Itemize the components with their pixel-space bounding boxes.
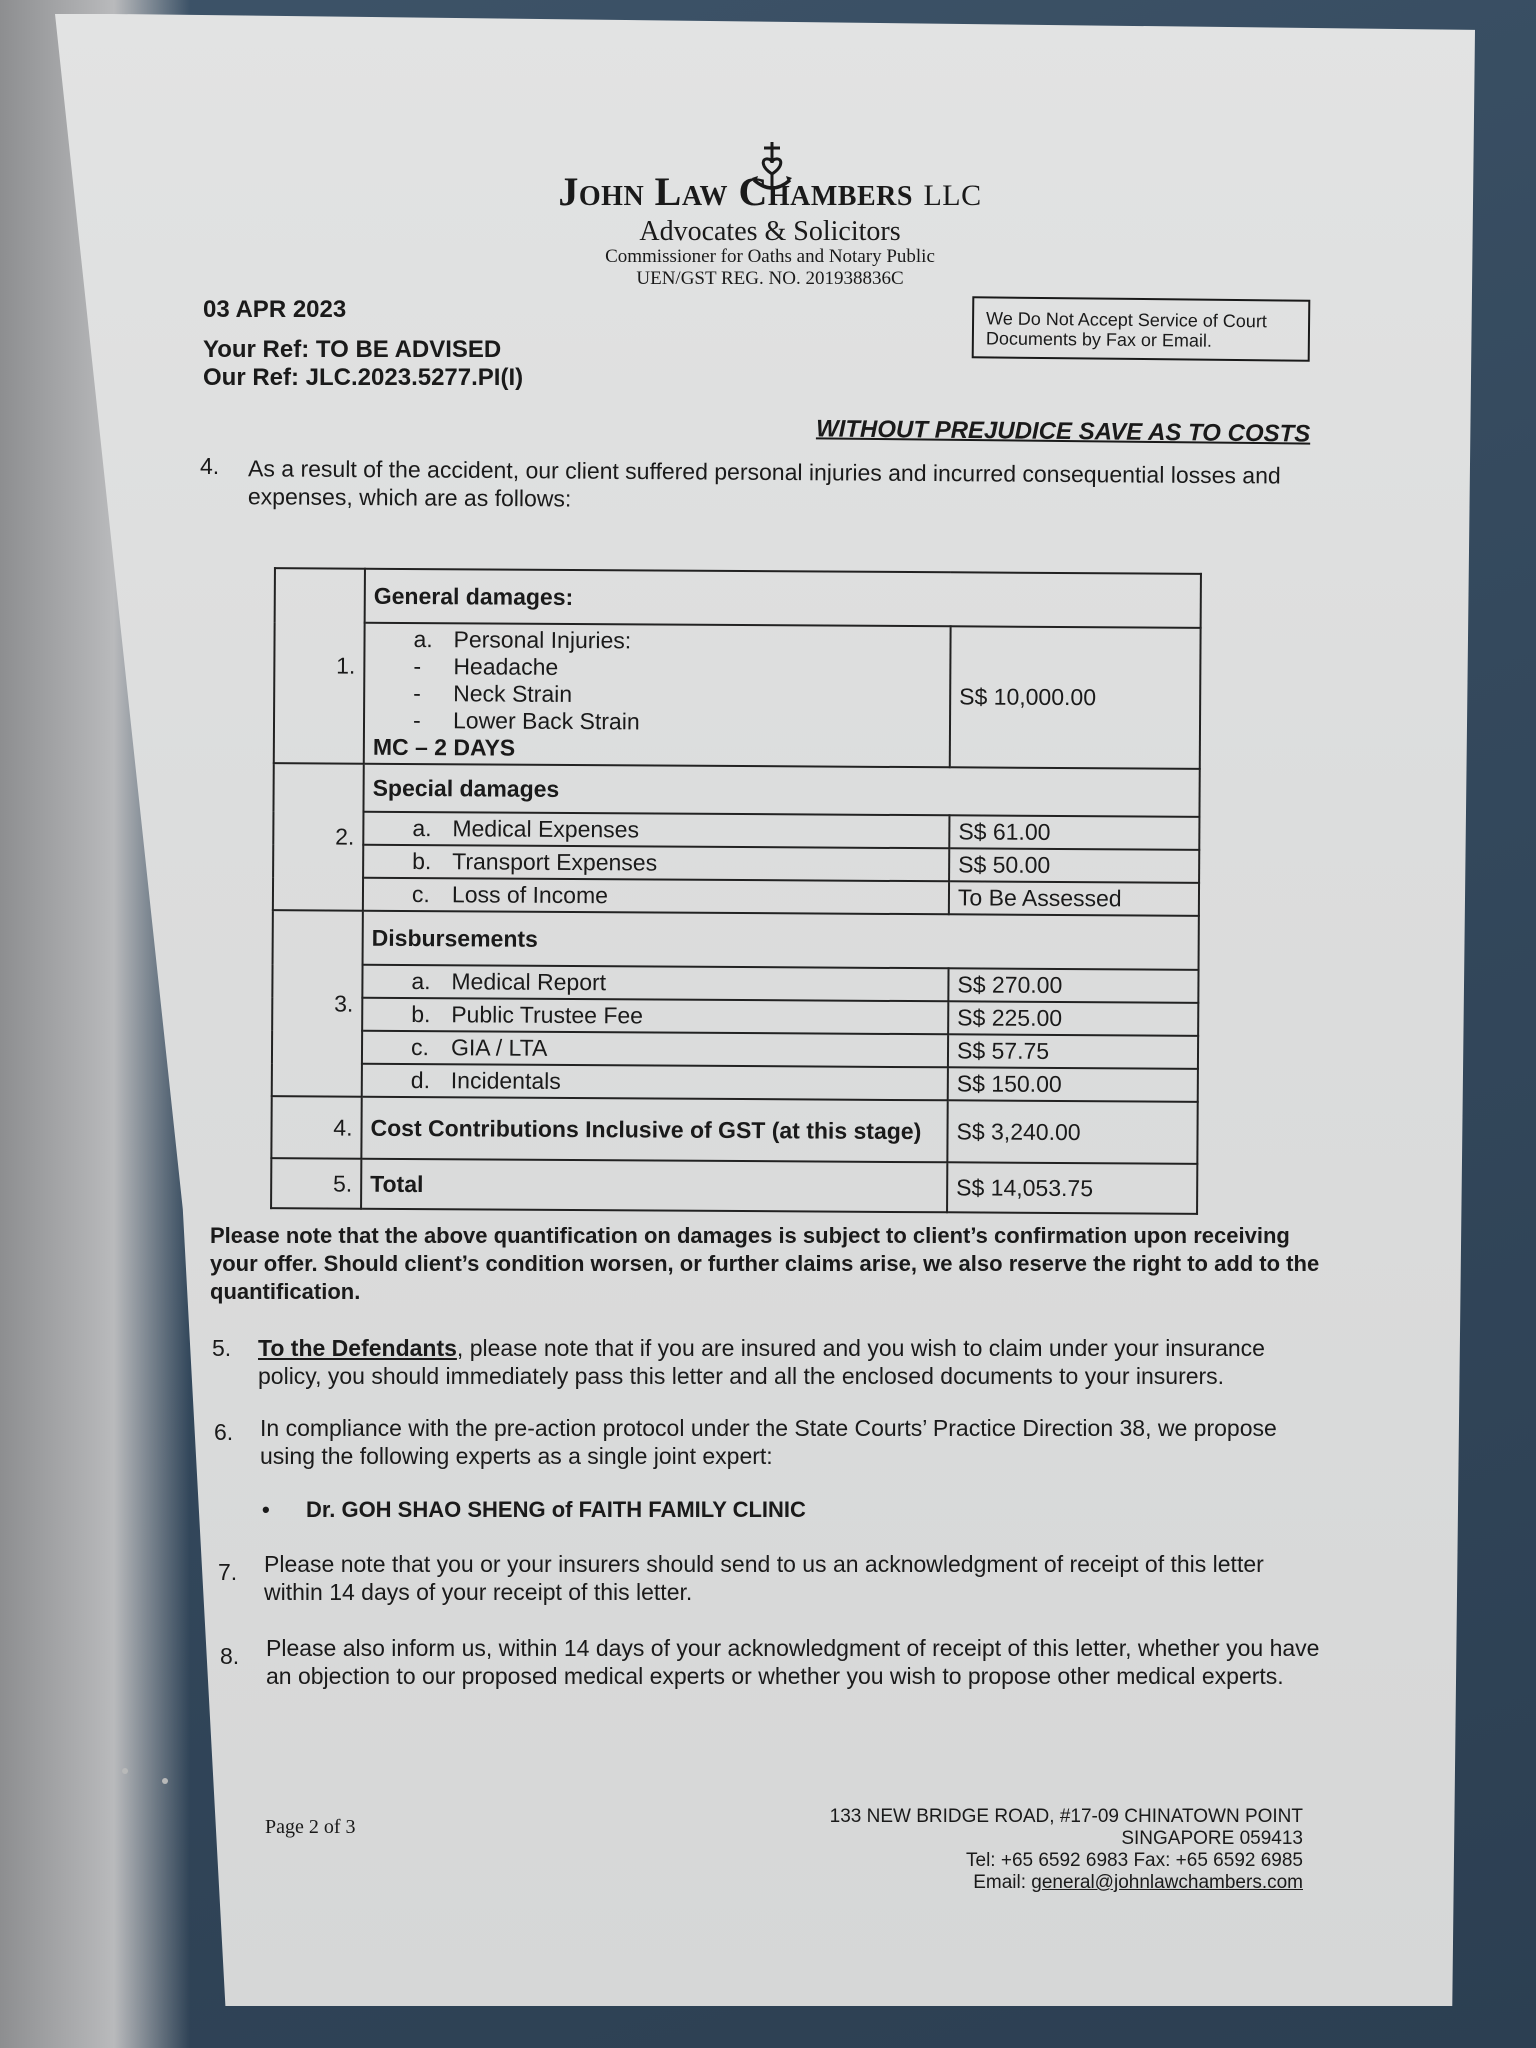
amount-cell: S$ 270.00	[948, 968, 1198, 1003]
table-row: 1. General damages:	[275, 568, 1201, 628]
commissioner-line: Commissioner for Oaths and Notary Public	[520, 246, 1020, 268]
item-cell: b.Public Trustee Fee	[362, 998, 948, 1035]
table-row: c.Loss of Income To Be Assessed	[273, 877, 1199, 916]
quantification-note: Please note that the above quantificatio…	[210, 1222, 1322, 1306]
table-row: b.Transport Expenses S$ 50.00	[273, 844, 1199, 883]
damages-table: 1. General damages: a.Personal Injuries:…	[270, 567, 1202, 1215]
item-label: a.	[412, 815, 452, 842]
page-number: Page 2 of 3	[265, 1816, 356, 1839]
dash: -	[413, 680, 453, 707]
paragraph-8-text: Please also inform us, within 14 days of…	[266, 1634, 1326, 1690]
item-text: Personal Injuries:	[453, 626, 631, 653]
firm-subtitle: Advocates & Solicitors	[520, 216, 1020, 248]
table-row: b.Public Trustee Fee S$ 225.00	[272, 997, 1198, 1036]
section-index: 2.	[273, 763, 364, 911]
item-label: c.	[411, 1034, 451, 1061]
item-cell: c.Loss of Income	[363, 878, 949, 915]
item-label: b.	[412, 848, 452, 875]
table-row: 4. Cost Contributions Inclusive of GST (…	[271, 1096, 1197, 1164]
table-row: a.Medical Report S$ 270.00	[272, 964, 1198, 1003]
paragraph-4-number: 4.	[200, 452, 219, 480]
item-label: a.	[413, 626, 453, 653]
section-index: 4.	[271, 1096, 361, 1159]
section-heading: Special damages	[363, 764, 1199, 817]
amount-cell: S$ 50.00	[949, 848, 1199, 883]
footer-contact: 133 NEW BRIDGE ROAD, #17-09 CHINATOWN PO…	[760, 1806, 1303, 1894]
firm-suffix: LLC	[923, 179, 981, 212]
table-row: 2. Special damages	[273, 763, 1199, 817]
table-row: a.Personal Injuries: -Headache -Neck Str…	[274, 622, 1201, 769]
amount-cell: S$ 61.00	[949, 815, 1199, 850]
paragraph-4-text: As a result of the accident, our client …	[248, 454, 1316, 517]
section-index: 5.	[271, 1158, 361, 1209]
your-reference: Your Ref: TO BE ADVISED	[203, 336, 501, 364]
amount-cell: To Be Assessed	[949, 881, 1199, 916]
our-reference: Our Ref: JLC.2023.5277.PI(I)	[203, 364, 523, 392]
cost-contributions-label: Cost Contributions Inclusive of GST (at …	[361, 1097, 947, 1163]
total-amount: S$ 14,053.75	[947, 1162, 1197, 1214]
email-label: Email:	[973, 1872, 1031, 1893]
mc-days: MC – 2 DAYS	[373, 734, 941, 764]
paragraph-6-text: In compliance with the pre-action protoc…	[260, 1414, 1324, 1470]
injury-item: Headache	[453, 653, 558, 680]
paragraph-5-text: To the Defendants, please note that if y…	[258, 1334, 1322, 1390]
item-text: GIA / LTA	[451, 1034, 547, 1061]
general-damages-detail: a.Personal Injuries: -Headache -Neck Str…	[364, 623, 951, 768]
item-text: Public Trustee Fee	[451, 1001, 643, 1028]
item-text: Incidentals	[451, 1067, 561, 1094]
item-text: Loss of Income	[452, 881, 608, 908]
address-line-2: SINGAPORE 059413	[760, 1828, 1303, 1850]
table-row: c.GIA / LTA S$ 57.75	[272, 1030, 1198, 1069]
item-label: d.	[411, 1067, 451, 1094]
paragraph-8-number: 8.	[220, 1642, 239, 1670]
table-row: d.Incidentals S$ 150.00	[272, 1063, 1198, 1102]
item-label: c.	[412, 881, 452, 908]
expert-bullet-icon: •	[262, 1496, 270, 1524]
item-text: Transport Expenses	[452, 848, 657, 875]
section-heading: General damages:	[365, 569, 1201, 628]
section-index: 3.	[272, 910, 363, 1097]
item-text: Medical Expenses	[452, 815, 639, 842]
firm-name-text: John Law Chambers	[558, 169, 913, 214]
item-cell: b.Transport Expenses	[363, 845, 949, 882]
item-text: Medical Report	[451, 968, 606, 995]
total-label: Total	[361, 1159, 947, 1213]
firm-name: John Law Chambers LLC	[520, 168, 1020, 215]
amount-cell: S$ 57.75	[948, 1034, 1198, 1069]
paragraph-7-text: Please note that you or your insurers sh…	[264, 1550, 1324, 1606]
registration-number: UEN/GST REG. NO. 201938836C	[520, 268, 1020, 290]
item-cell: c.GIA / LTA	[362, 1031, 948, 1068]
item-label: a.	[411, 968, 451, 995]
section-heading: Disbursements	[363, 911, 1199, 970]
dash: -	[413, 653, 453, 680]
injury-item: Neck Strain	[453, 680, 572, 707]
expert-name: Dr. GOH SHAO SHENG of FAITH FAMILY CLINI…	[306, 1496, 806, 1524]
injury-item: Lower Back Strain	[453, 707, 640, 734]
paragraph-7-number: 7.	[218, 1558, 237, 1586]
amount-cell: S$ 10,000.00	[950, 626, 1201, 769]
email-link[interactable]: general@johnlawchambers.com	[1031, 1872, 1303, 1893]
paragraph-5-number: 5.	[212, 1334, 231, 1362]
phone-fax: Tel: +65 6592 6983 Fax: +65 6592 6985	[760, 1850, 1303, 1872]
table-row: 3. Disbursements	[273, 910, 1199, 970]
table-row: a.Medical Expenses S$ 61.00	[273, 811, 1199, 850]
address-line-1: 133 NEW BRIDGE ROAD, #17-09 CHINATOWN PO…	[760, 1806, 1303, 1828]
defendants-heading: To the Defendants	[258, 1335, 457, 1361]
email-line: Email: general@johnlawchambers.com	[760, 1872, 1303, 1894]
amount-cell: S$ 225.00	[948, 1001, 1198, 1036]
item-cell: d.Incidentals	[362, 1064, 948, 1101]
item-cell: a.Medical Expenses	[363, 812, 949, 849]
item-cell: a.Medical Report	[362, 965, 948, 1002]
section-index: 1.	[274, 568, 365, 764]
letter-date: 03 APR 2023	[203, 296, 346, 324]
dash: -	[413, 707, 453, 734]
service-notice-box: We Do Not Accept Service of Court Docume…	[972, 296, 1311, 362]
without-prejudice-heading: WITHOUT PREJUDICE SAVE AS TO COSTS	[816, 415, 1311, 448]
item-label: b.	[411, 1001, 451, 1028]
amount-cell: S$ 150.00	[948, 1067, 1198, 1102]
paragraph-6-number: 6.	[214, 1418, 233, 1446]
amount-cell: S$ 3,240.00	[947, 1100, 1197, 1164]
table-row: 5. Total S$ 14,053.75	[271, 1158, 1197, 1214]
